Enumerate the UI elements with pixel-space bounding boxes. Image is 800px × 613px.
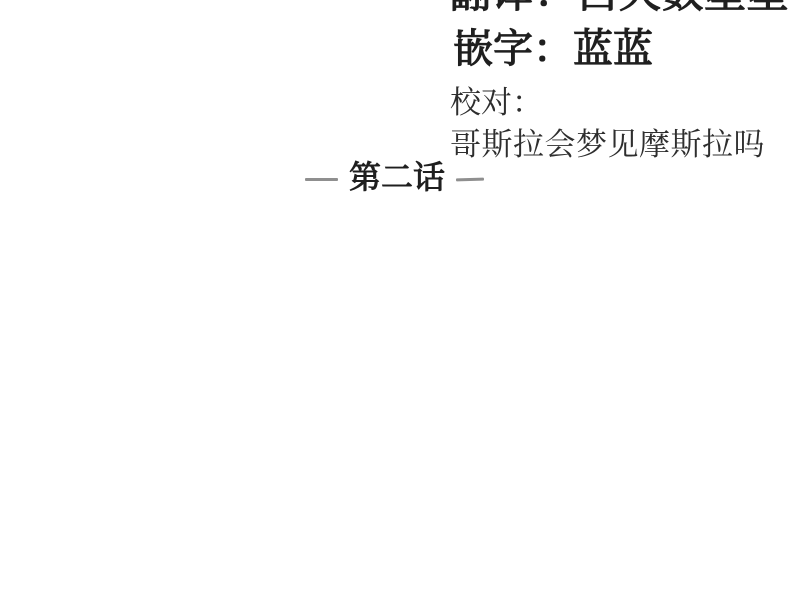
manga-credits-page: 翻译：白天数星星 嵌字：蓝蓝 校对： 哥斯拉会梦见摩斯拉吗 第二话 bbox=[0, 0, 800, 613]
right-dash-line bbox=[456, 177, 484, 181]
credit-translator: 翻译：白天数星星 bbox=[449, 0, 789, 14]
series-title: 哥斯拉会梦见摩斯拉吗 bbox=[450, 129, 765, 160]
credit-typesetter: 嵌字：蓝蓝 bbox=[453, 29, 653, 69]
credit-proofreader-label: 校对： bbox=[450, 87, 543, 118]
chapter-heading: 第二话 bbox=[305, 161, 484, 193]
left-dash-line bbox=[305, 178, 338, 181]
chapter-title: 第二话 bbox=[349, 161, 445, 193]
